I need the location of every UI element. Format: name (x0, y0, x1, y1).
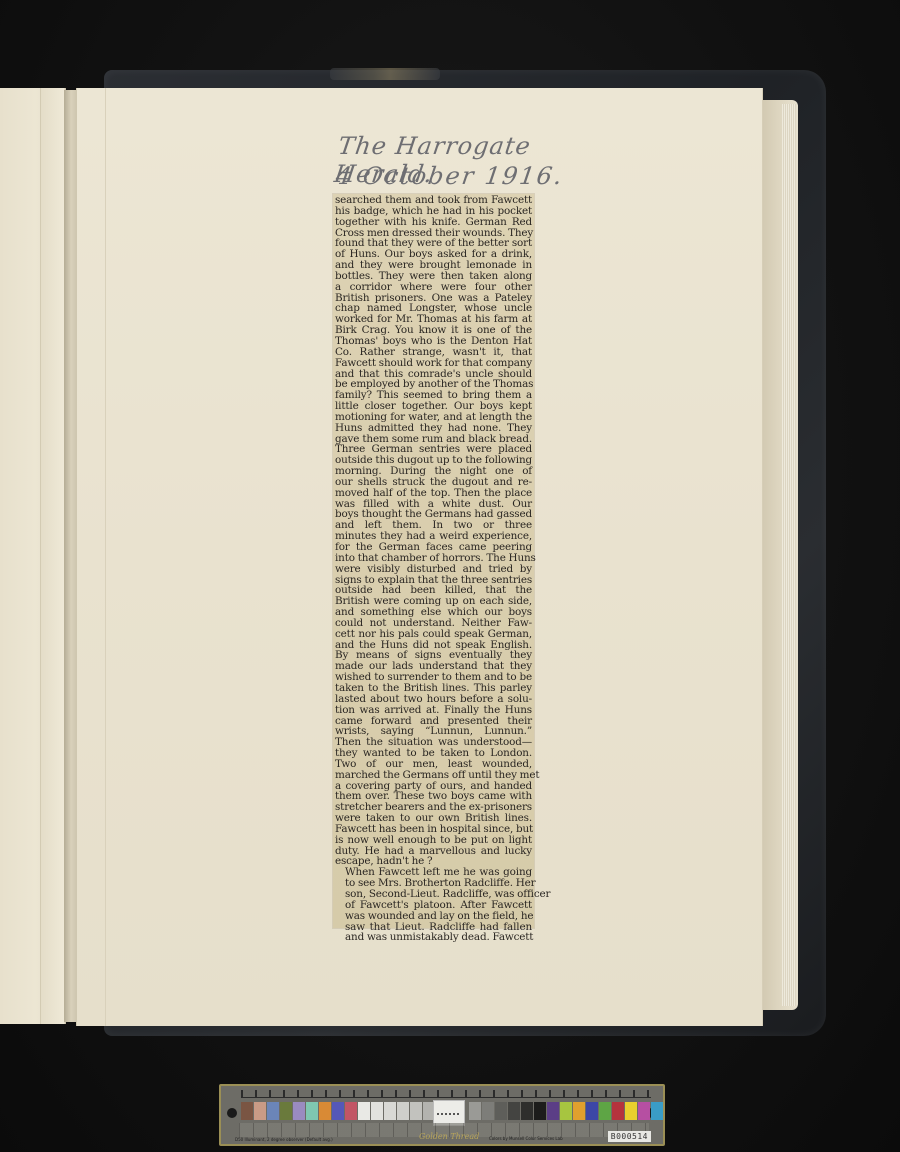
color-swatch (469, 1102, 481, 1120)
color-swatch (306, 1102, 318, 1120)
clipping-line: moved half of the top. Then the place (335, 488, 532, 499)
color-swatch (508, 1102, 520, 1120)
color-swatch (547, 1102, 559, 1120)
color-swatch (397, 1102, 409, 1120)
color-swatch (319, 1102, 331, 1120)
color-swatch (267, 1102, 279, 1120)
color-swatch (638, 1102, 650, 1120)
color-swatch (586, 1102, 598, 1120)
color-swatch (332, 1102, 344, 1120)
color-swatch (521, 1102, 533, 1120)
clipping-line: were visibly disturbed and tried by (335, 564, 532, 575)
color-swatch (358, 1102, 370, 1120)
color-swatch (280, 1102, 292, 1120)
target-serial-number: B000514 (608, 1131, 651, 1142)
color-calibration-target: D50 Illuminant, 2 degree observer (Defau… (219, 1084, 665, 1146)
clipping-line: tion was arrived at. Finally the Huns (335, 705, 532, 716)
color-swatch (345, 1102, 357, 1120)
color-swatch (560, 1102, 572, 1120)
color-swatch (495, 1102, 507, 1120)
page-block-edge (782, 104, 796, 1006)
clipping-line: a corridor where were four other (335, 282, 532, 293)
target-caption: D50 Illuminant, 2 degree observer (Defau… (235, 1137, 333, 1142)
clipping-line: Fawcett should work for that company (335, 358, 532, 369)
color-swatch (254, 1102, 266, 1120)
color-swatches-left (241, 1102, 435, 1120)
clipping-line: and was unmistakably dead. Fawcett (335, 932, 532, 943)
target-credit: Colors by Munsell Color Services Lab (489, 1136, 563, 1141)
color-swatch (410, 1102, 422, 1120)
color-swatch (241, 1102, 253, 1120)
cover-wear-spot (330, 68, 440, 80)
color-swatch (599, 1102, 611, 1120)
target-hole-left (227, 1108, 237, 1118)
verso-page-edge (0, 88, 66, 1024)
clipping-paragraph: When Fawcett left me he was goingto see … (335, 867, 532, 943)
color-swatch (651, 1102, 663, 1120)
page-inner-margin-line (105, 88, 106, 1026)
color-swatch (371, 1102, 383, 1120)
clipping-line: is now well enough to be put on light (335, 835, 532, 846)
target-ruler (241, 1090, 651, 1098)
annotation-date: 4 October 1916. (334, 162, 565, 190)
clipping-line: was wounded and lay on the field, he (335, 911, 532, 922)
clipping-line: Huns admitted they had none. They (335, 423, 532, 434)
color-swatches-right (469, 1102, 663, 1120)
color-swatch (482, 1102, 494, 1120)
clipping-line: together with his knife. German Red (335, 217, 532, 228)
color-swatch (612, 1102, 624, 1120)
verso-page-margin (40, 88, 64, 1024)
color-swatch (625, 1102, 637, 1120)
newspaper-clipping: searched them and took from Fawcetthis b… (333, 194, 534, 928)
handwritten-annotation: The Harrogate Herald. 4 October 1916. (326, 132, 595, 194)
color-swatch (293, 1102, 305, 1120)
clipping-line: marched the Germans off until they met (335, 770, 532, 781)
clipping-line: cett nor his pals could speak German, (335, 629, 532, 640)
book-gutter (64, 90, 76, 1022)
color-swatch (573, 1102, 585, 1120)
target-brand: Golden Thread (419, 1132, 479, 1141)
color-swatch (534, 1102, 546, 1120)
color-swatch (384, 1102, 396, 1120)
clipping-paragraph: searched them and took from Fawcetthis b… (335, 195, 532, 867)
